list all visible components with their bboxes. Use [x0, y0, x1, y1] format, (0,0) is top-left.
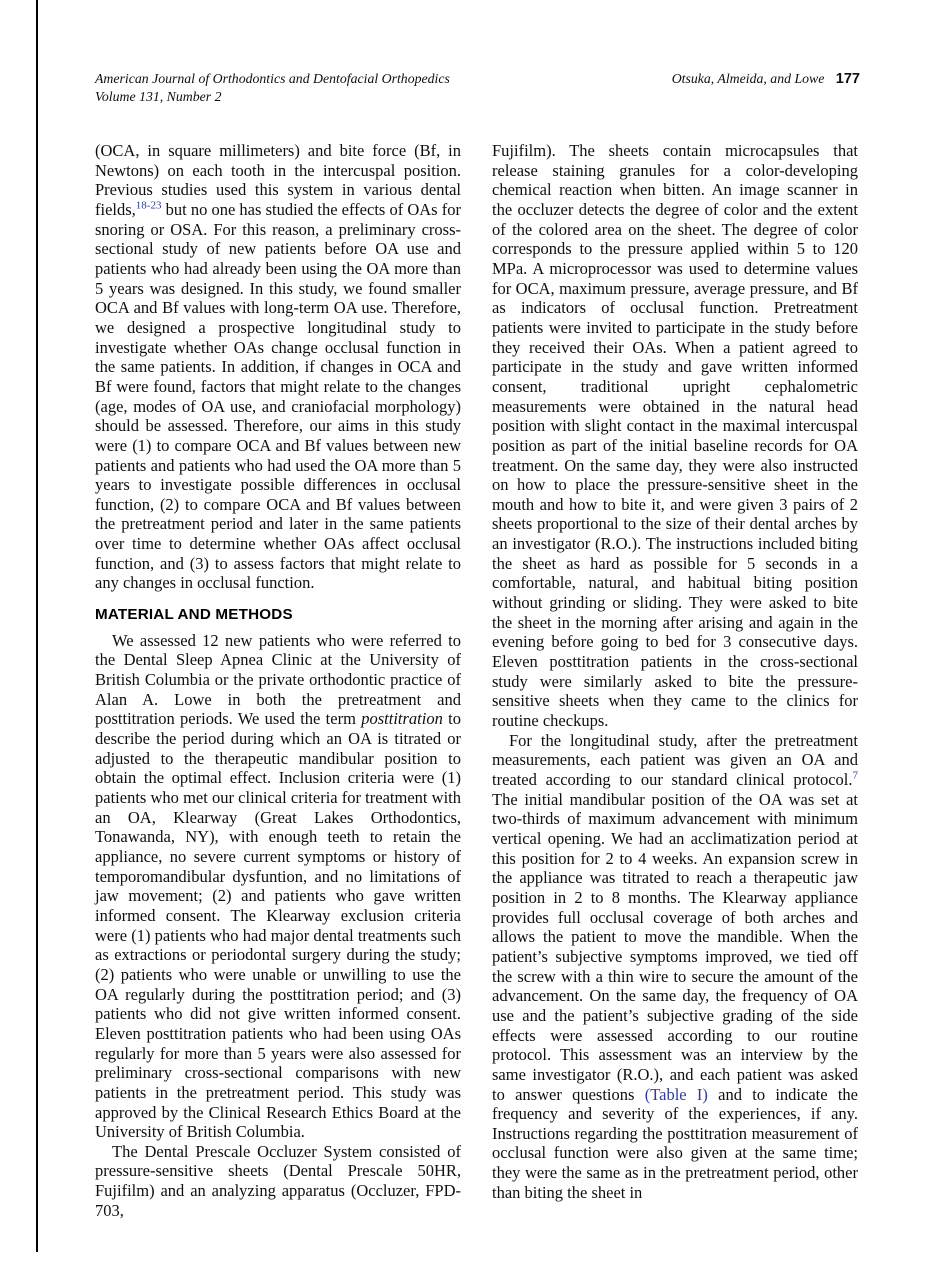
text-run: 2	[215, 89, 222, 104]
scan-edge-line	[36, 0, 38, 1252]
journal-title: American Journal of Orthodontics and Den…	[95, 70, 450, 88]
text-run: to describe the period during which an O…	[95, 709, 461, 1141]
page-number: 177	[836, 71, 860, 87]
paragraph-sheets: Fujifilm). The sheets contain microcapsu…	[492, 141, 858, 731]
text-run: For the longitudinal study, after the pr…	[492, 731, 858, 789]
running-authors: Otsuka, Almeida, and Lowe	[672, 71, 825, 86]
right-column: Fujifilm). The sheets contain microcapsu…	[492, 141, 858, 1220]
text-run: The initial mandibular position of the O…	[492, 790, 858, 1104]
text-run: Fujifilm). The sheets contain microcapsu…	[492, 141, 858, 730]
left-column: (OCA, in square millimeters) and bite fo…	[95, 141, 461, 1220]
paragraph-methods-2: The Dental Prescale Occluzer System cons…	[95, 1142, 461, 1221]
table-link[interactable]: (Table I)	[645, 1085, 708, 1104]
text-run: The Dental Prescale Occluzer System cons…	[95, 1142, 461, 1220]
italic-text: Volume	[95, 89, 139, 104]
italic-text: posttitration	[361, 709, 443, 728]
text-run: but no one has studied the effects of OA…	[95, 200, 461, 592]
paragraph-methods-1: We assessed 12 new patients who were ref…	[95, 631, 461, 1142]
running-head: Otsuka, Almeida, and Lowe 177	[672, 70, 860, 89]
page-header: American Journal of Orthodontics and Den…	[95, 70, 860, 105]
text-run: 131,	[139, 89, 167, 104]
reference-link[interactable]: 18-23	[136, 199, 162, 211]
paragraph-intro: (OCA, in square millimeters) and bite fo…	[95, 141, 461, 593]
issue-line: Volume 131, Number 2	[95, 88, 450, 106]
italic-text: Number	[167, 89, 215, 104]
paragraph-longitudinal: For the longitudinal study, after the pr…	[492, 731, 858, 1203]
section-heading-material-and-methods: MATERIAL AND METHODS	[95, 605, 461, 625]
reference-link[interactable]: 7	[853, 770, 859, 782]
journal-info: American Journal of Orthodontics and Den…	[95, 70, 450, 105]
article-body: (OCA, in square millimeters) and bite fo…	[95, 141, 858, 1220]
journal-page: American Journal of Orthodontics and Den…	[0, 0, 950, 1272]
